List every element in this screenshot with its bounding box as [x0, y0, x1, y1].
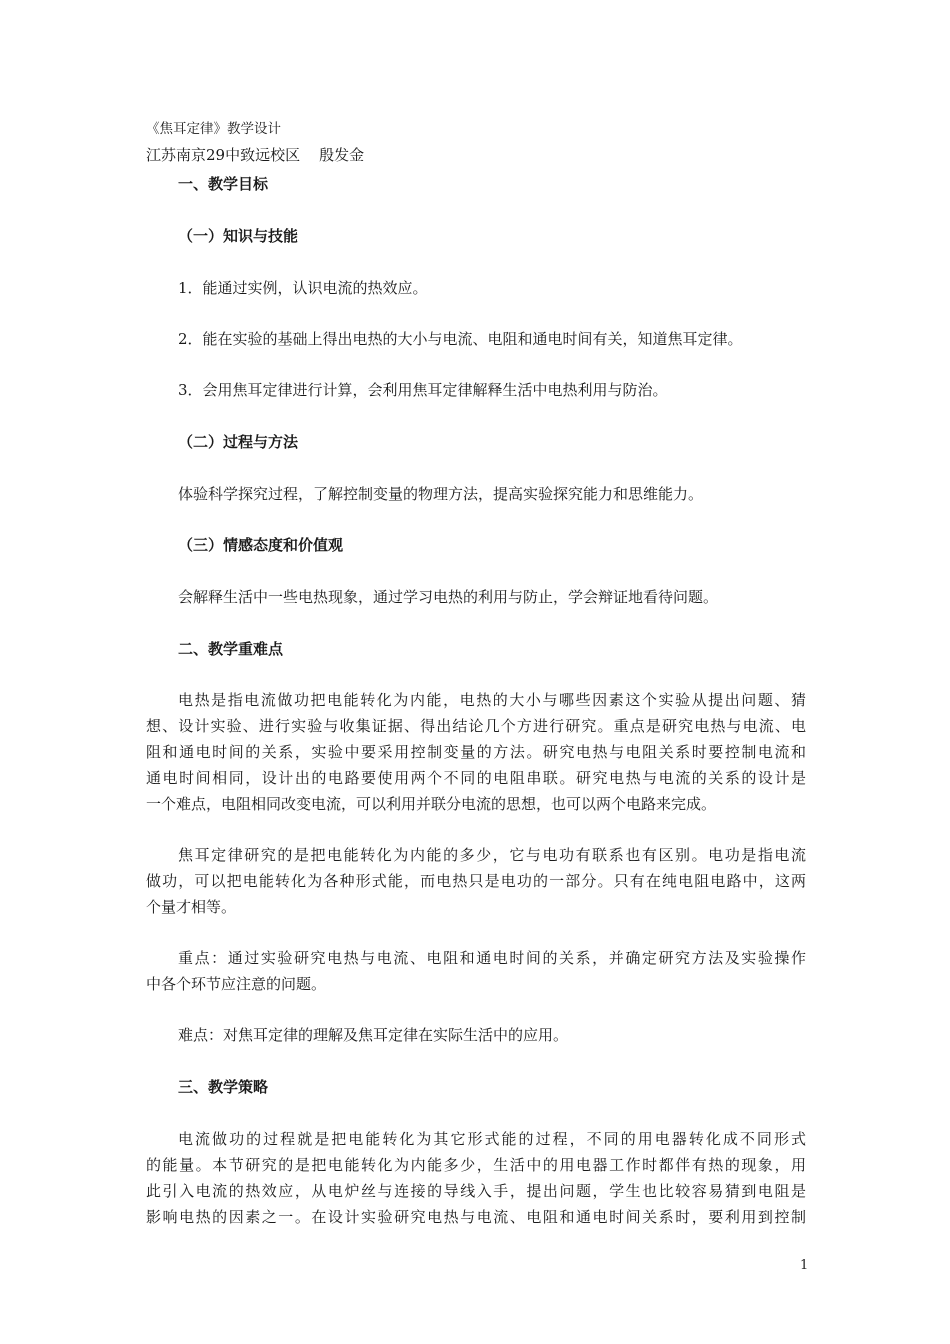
paragraph-line: 做功，可以把电能转化为各种形式能，而电热只是电功的一部分。只有在纯电阻电路中，这…	[146, 871, 806, 891]
section-heading-2: 二、教学重难点	[178, 639, 283, 659]
paragraph-line: 想、设计实验、进行实验与收集证据、得出结论几个方进行研究。重点是研究电热与电流、…	[146, 716, 806, 736]
key-point-line: 重点：通过实验研究电热与电流、电阻和通电时间的关系，并确定研究方法及实验操作	[178, 948, 806, 968]
difficult-point-line: 难点：对焦耳定律的理解及焦耳定律在实际生活中的应用。	[178, 1025, 568, 1045]
paragraph-line: 此引入电流的热效应，从电炉丝与连接的导线入手，提出问题，学生也比较容易猜到电阻是	[146, 1181, 806, 1201]
objective-item-2: 2．能在实验的基础上得出电热的大小与电流、电阻和通电时间有关，知道焦耳定律。	[178, 329, 743, 349]
attitude-values-text: 会解释生活中一些电热现象，通过学习电热的利用与防止，学会辩证地看待问题。	[178, 587, 718, 607]
process-method-text: 体验科学探究过程，了解控制变量的物理方法，提高实验探究能力和思维能力。	[178, 484, 703, 504]
paragraph-line: 的能量。本节研究的是把电能转化为内能多少，生活中的用电器工作时都伴有热的现象，用	[146, 1155, 806, 1175]
page-number: 1	[800, 1258, 808, 1273]
paragraph-line: 电流做功的过程就是把电能转化为其它形式能的过程，不同的用电器转化成不同形式	[178, 1129, 806, 1149]
paragraph-line: 电热是指电流做功把电能转化为内能，电热的大小与哪些因素这个实验从提出问题、猜	[178, 690, 806, 710]
document-page: 《焦耳定律》教学设计 江苏南京29中致远校区 殷发金 一、教学目标 （一）知识与…	[0, 0, 950, 1344]
document-title: 《焦耳定律》教学设计	[146, 119, 281, 139]
subsection-heading-1-1: （一）知识与技能	[178, 226, 298, 246]
paragraph-line: 阻和通电时间的关系，实验中要采用控制变量的方法。研究电热与电阻关系时要控制电流和	[146, 742, 806, 762]
paragraph-line: 个量才相等。	[146, 897, 236, 917]
objective-item-3: 3．会用焦耳定律进行计算，会利用焦耳定律解释生活中电热利用与防治。	[178, 380, 668, 400]
paragraph-line: 影响电热的因素之一。在设计实验研究电热与电流、电阻和通电时间关系时，要利用到控制	[146, 1207, 806, 1227]
paragraph-line: 一个难点，电阻相同改变电流，可以利用并联分电流的思想，也可以两个电路来完成。	[146, 794, 716, 814]
objective-item-1: 1．能通过实例，认识电流的热效应。	[178, 278, 428, 298]
paragraph-line: 通电时间相同，设计出的电路要使用两个不同的电阻串联。研究电热与电流的关系的设计是	[146, 768, 806, 788]
section-heading-3: 三、教学策略	[178, 1077, 268, 1097]
section-heading-1: 一、教学目标	[178, 174, 268, 194]
subsection-heading-1-3: （三）情感态度和价值观	[178, 535, 343, 555]
key-point-line: 中各个环节应注意的问题。	[146, 974, 326, 994]
subsection-heading-1-2: （二）过程与方法	[178, 432, 298, 452]
paragraph-line: 焦耳定律研究的是把电能转化为内能的多少，它与电功有联系也有区别。电功是指电流	[178, 845, 806, 865]
author-line: 江苏南京29中致远校区 殷发金	[146, 145, 364, 165]
